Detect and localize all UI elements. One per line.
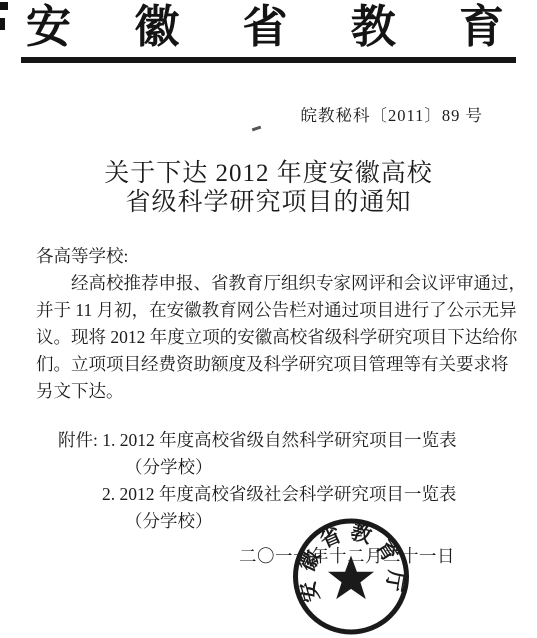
notice-title: 关于下达 2012 年度安徽高校 省级科学研究项目的通知	[0, 159, 537, 217]
attachment-2-note: （分学校）	[58, 508, 507, 535]
star-icon	[328, 556, 374, 600]
notice-body: 各高等学校: 经高校推荐申报、省教育厅组织专家网评和会议评审通过， 并于 11 …	[36, 243, 501, 405]
body-line: 们。立项项目经费资助额度及科学研究项目管理等有关要求将	[36, 351, 501, 378]
issue-date: 二〇一一年十二月二十一日	[0, 543, 537, 570]
attachments-list: 附件: 1. 2012 年度高校省级自然科学研究项目一览表 （分学校） 2. 2…	[58, 427, 507, 535]
body-line: 另文下达。	[36, 378, 501, 405]
salutation: 各高等学校:	[36, 243, 501, 270]
official-seal: 安徽省教育厅	[290, 515, 412, 638]
letterhead-divider-rule	[21, 57, 516, 63]
attachment-2-title: 2. 2012 年度高校省级社会科学研究项目一览表	[58, 481, 507, 508]
document-number: 皖教秘科〔2011〕89 号	[0, 105, 537, 127]
attachment-1-title: 1. 2012 年度高校省级自然科学研究项目一览表	[102, 430, 456, 450]
body-line: 议。现将 2012 年度立项的安徽高校省级科学研究项目下达给你	[36, 324, 501, 351]
attachments-label: 附件:	[58, 430, 98, 450]
scanned-document-page: 安 徽 省 教 育 厅 皖教秘科〔2011〕89 号 关于下达 2012 年度安…	[0, 0, 537, 638]
body-line: 并于 11 月初，在安徽教育网公告栏对通过项目进行了公示无异	[36, 297, 501, 324]
notice-title-line1: 关于下达 2012 年度安徽高校	[0, 159, 537, 188]
notice-title-line2: 省级科学研究项目的通知	[0, 188, 537, 217]
scan-artifact	[0, 2, 8, 10]
scan-artifact	[0, 18, 5, 30]
attachment-1-note: （分学校）	[58, 454, 507, 481]
official-seal-graphic: 安徽省教育厅	[290, 515, 412, 638]
letterhead-agency-name: 安 徽 省 教 育 厅	[0, 0, 537, 53]
attachment-item-1: 附件: 1. 2012 年度高校省级自然科学研究项目一览表	[58, 427, 507, 454]
body-line: 经高校推荐申报、省教育厅组织专家网评和会议评审通过，	[36, 270, 501, 297]
